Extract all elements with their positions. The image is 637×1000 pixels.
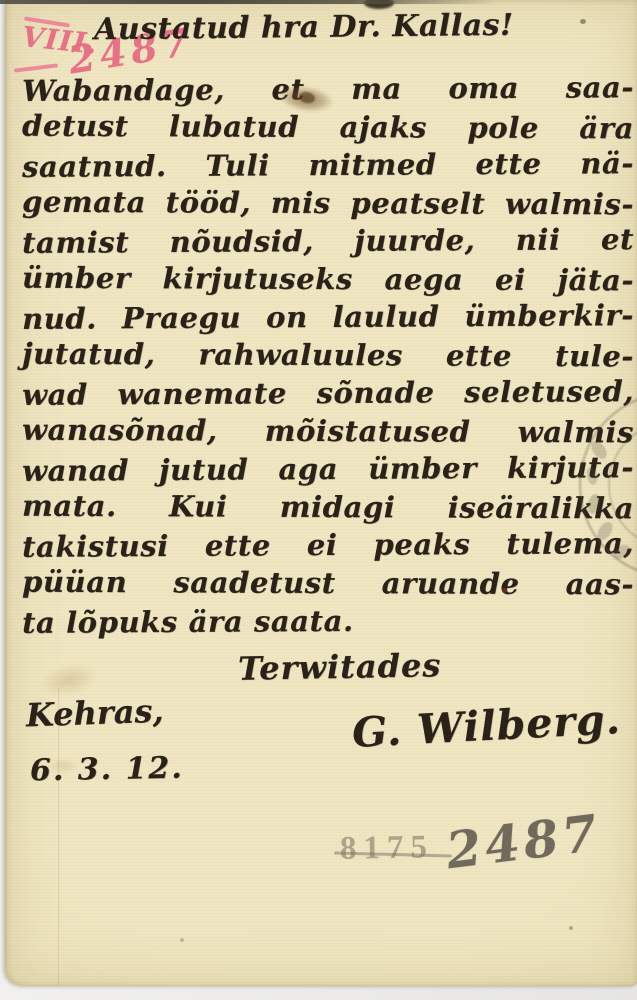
body-line: wanasõnad, mõistatused walmis (22, 411, 634, 452)
body-line: ümber kirjutuseks aega ei jäta- (22, 259, 634, 300)
scan-top-edge (0, 0, 637, 4)
letter-body: Wabandage, et ma oma saa- detust lubatud… (22, 70, 634, 640)
body-line: mata. Kui midagi iseäralikka (22, 487, 634, 528)
postmark-stamp (572, 388, 637, 588)
body-line: püüan saadetust aruande aas- (22, 563, 634, 604)
stamped-number: 8175 (340, 829, 435, 868)
body-line: takistusi ette ei peaks tulema, (22, 524, 634, 566)
signature: G. Wilberg. (351, 695, 622, 757)
scanned-postcard: VIII. 2487 Austatud hra Dr. Kallas! Waba… (0, 0, 637, 1000)
body-line: wanad jutud aga ümber kirjuta- (22, 448, 634, 490)
body-line: saatnud. Tuli mitmed ette nä- (22, 144, 634, 186)
body-line: tamist nõudsid, juurde, nii et (22, 220, 634, 262)
paper-speck (502, 588, 507, 593)
closing-line: Terwitades (238, 646, 442, 688)
body-line: nud. Praegu on laulud ümberkir- (22, 296, 634, 338)
postcard-paper: VIII. 2487 Austatud hra Dr. Kallas! Waba… (5, 0, 637, 986)
paper-speck (580, 19, 586, 24)
body-line: wad wanemate sõnade seletused, (22, 372, 634, 414)
body-line: jutatud, rahwaluules ette tule- (22, 335, 634, 376)
paper-speck (180, 938, 184, 942)
paper-stain (48, 758, 78, 774)
body-line: ta lõpuks ära saata. (22, 600, 634, 642)
paper-crease (58, 688, 59, 986)
pencil-number: 2487 (443, 803, 604, 880)
body-line: gemata tööd, mis peatselt walmis- (22, 183, 634, 224)
salutation-line: Austatud hra Dr. Kallas! (94, 8, 514, 47)
body-line: detust lubatud ajaks pole ära (22, 107, 634, 148)
place-line: Kehras, (25, 692, 164, 735)
paper-speck (569, 926, 573, 930)
